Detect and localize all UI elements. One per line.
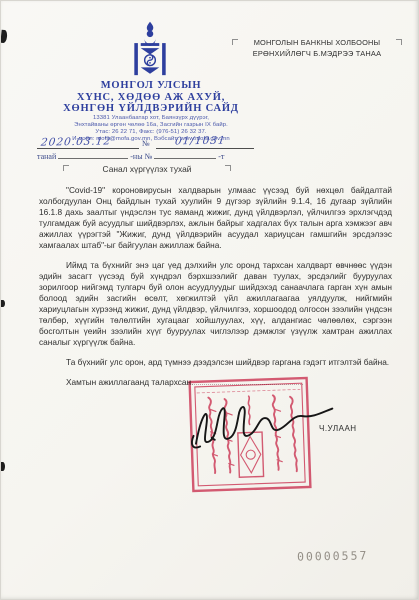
reference-line: 2020.03.12 № 01/1031	[37, 133, 271, 150]
scanned-letter-page: МОНГОЛ УЛСЫН ХҮНС, ХӨДӨӨ АЖ АХУЙ, ХӨНГӨН…	[0, 0, 419, 600]
signature-ink	[179, 384, 354, 463]
number-underline	[156, 147, 254, 149]
ministry-name-line2: ХҮНС, ХӨДӨӨ АЖ АХУЙ,	[29, 92, 273, 104]
serial-number-stamp: 00000557	[297, 548, 369, 563]
handwritten-date: 2020.03.12	[40, 135, 112, 148]
ministry-name: МОНГОЛ УЛСЫН ХҮНС, ХӨДӨӨ АЖ АХУЙ, ХӨНГӨН…	[29, 80, 273, 115]
blank-underline	[154, 150, 216, 159]
body-paragraph-2: Иймд та бүхнийг энэ цаг үед дэлхийн улс …	[39, 260, 392, 348]
blank-underline	[58, 150, 128, 159]
your-ref-prefix: танай	[37, 152, 56, 161]
number-sign-label: №	[142, 139, 150, 148]
recipient-line1: МОНГОЛЫН БАНКНЫ ХОЛБООНЫ	[231, 38, 403, 49]
corner-mark-icon	[63, 165, 69, 171]
recipient-line2: ЕРӨНХИЙЛӨГЧ Б.МЭДРЭЭ ТАНАА	[231, 49, 403, 60]
scan-artifact	[1, 462, 5, 471]
body-paragraph-3: Та бүхнийг улс орон, ард түмнээ дээдэлсэ…	[39, 357, 392, 368]
ministry-name-line1: МОНГОЛ УЛСЫН	[29, 80, 273, 92]
subject-line: Санал хүргүүлэх тухай	[63, 164, 231, 178]
recipient-block: МОНГОЛЫН БАНКНЫ ХОЛБООНЫ ЕРӨНХИЙЛӨГЧ Б.М…	[231, 38, 403, 59]
letter-body: "Covid-19" короновирусын халдварын улмаа…	[39, 185, 392, 388]
scan-artifact	[0, 30, 7, 44]
address-line: Энхтайваны өргөн чөлөө 16а, Засгийн газр…	[29, 122, 273, 129]
signer-name: Ч.УЛААН	[319, 424, 357, 433]
your-ref-suffix: -т	[218, 152, 224, 161]
corner-mark-icon	[232, 39, 238, 45]
address-line: 13381 Улаанбаатар хот, Баянзүрх дүүрэг,	[29, 115, 273, 122]
handwritten-doc-number: 01/1031	[174, 135, 226, 148]
scan-artifact	[1, 300, 5, 307]
ministry-name-line3: ХӨНГӨН ҮЙЛДВЭРИЙН САЙД	[29, 103, 273, 115]
corner-mark-icon	[396, 39, 402, 45]
your-reference-line: танай-ны №-т	[37, 150, 277, 161]
corner-mark-icon	[225, 165, 231, 171]
your-ref-mid: -ны №	[130, 152, 152, 161]
soyombo-emblem-icon	[128, 21, 172, 78]
subject-text: Санал хүргүүлэх тухай	[103, 164, 192, 174]
body-paragraph-1: "Covid-19" короновирусын халдварын улмаа…	[39, 185, 392, 251]
